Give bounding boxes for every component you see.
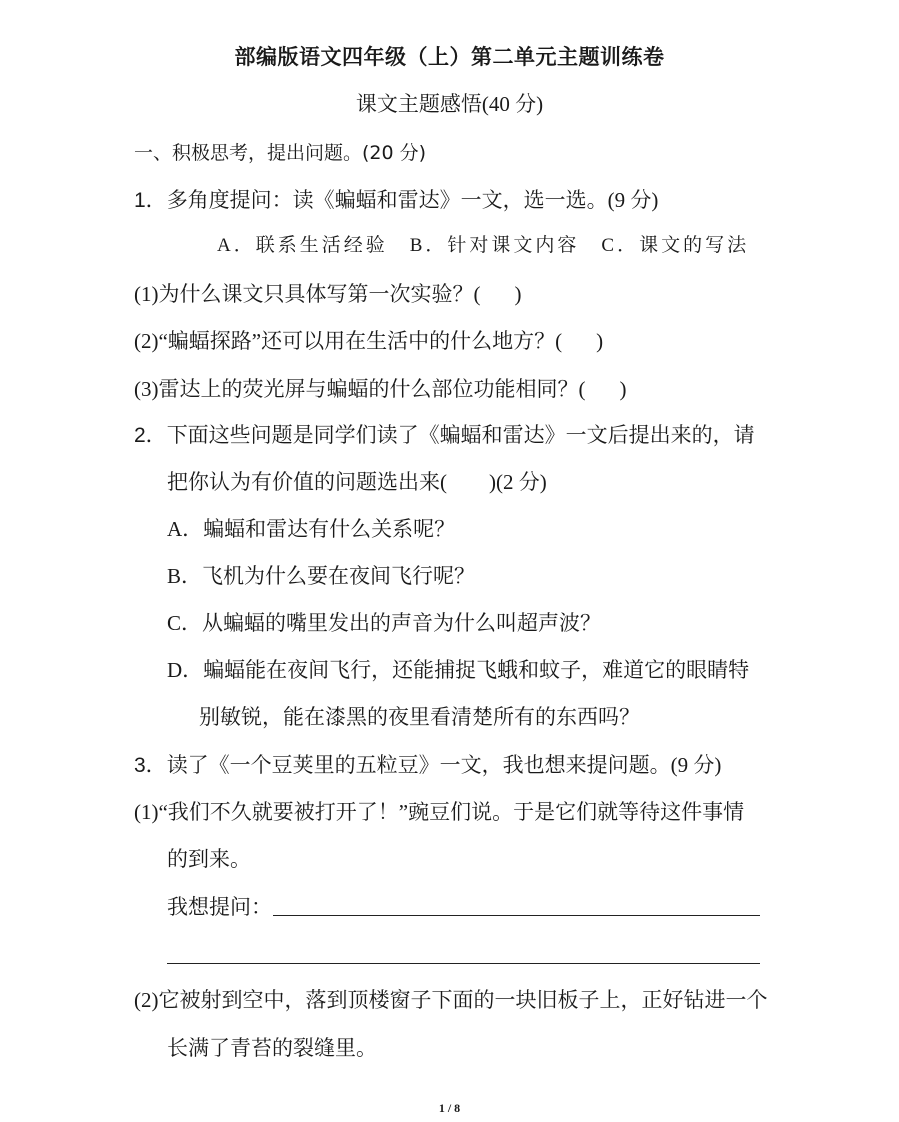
- choice-d: D．蝙蝠能在夜间飞行，还能捕捉飞蛾和蚊子，难道它的眼睛特: [167, 655, 749, 685]
- choice-a: A．蝙蝠和雷达有什么关系呢？: [167, 514, 455, 544]
- question-1-item-1: (1)为什么课文只具体写第一次实验？(): [134, 279, 521, 309]
- question-3-item-1-cont: 的到来。: [167, 844, 251, 874]
- page-title: 部编版语文四年级（上）第二单元主题训练卷: [0, 42, 899, 72]
- answer-line-2[interactable]: [167, 963, 760, 964]
- section-heading: 一、积极思考，提出问题。(20 分): [134, 138, 426, 168]
- page-subtitle: 课文主题感悟(40 分): [0, 89, 899, 119]
- question-2-stem-cont: 把你认为有价值的问题选出来()(2 分): [167, 467, 547, 497]
- ask-label: 我想提问：: [167, 892, 272, 922]
- question-number: 1．: [134, 189, 167, 212]
- question-number: 2．: [134, 424, 167, 447]
- question-3-item-2: (2)它被射到空中，落到顶楼窗子下面的一块旧板子上，正好钻进一个: [134, 985, 767, 1015]
- answer-line-1[interactable]: [273, 915, 760, 916]
- page-number: 1 / 8: [0, 1101, 899, 1115]
- choice-c: C．从蝙蝠的嘴里发出的声音为什么叫超声波？: [167, 608, 601, 638]
- question-text: 多角度提问：读《蝙蝠和雷达》一文，选一选。(9 分): [167, 188, 659, 212]
- question-3-item-1: (1)“我们不久就要被打开了！”豌豆们说。于是它们就等待这件事情: [134, 797, 744, 827]
- question-1-stem: 1．多角度提问：读《蝙蝠和雷达》一文，选一选。(9 分): [134, 185, 658, 216]
- choice-b: B．飞机为什么要在夜间飞行呢？: [167, 561, 475, 591]
- question-1-item-2: (2)“蝙蝠探路”还可以用在生活中的什么地方？(): [134, 326, 603, 356]
- question-3-stem: 3．读了《一个豆荚里的五粒豆》一文，我也想来提问题。(9 分): [134, 750, 721, 781]
- question-3-item-2-cont: 长满了青苔的裂缝里。: [167, 1033, 377, 1063]
- question-number: 3．: [134, 754, 167, 777]
- question-2-stem: 2．下面这些问题是同学们读了《蝙蝠和雷达》一文后提出来的，请: [134, 420, 755, 451]
- question-1-item-3: (3)雷达上的荧光屏与蝙蝠的什么部位功能相同？(): [134, 374, 626, 404]
- choice-d-cont: 别敏锐，能在漆黑的夜里看清楚所有的东西吗？: [199, 702, 640, 732]
- question-1-options: A．联系生活经验 B．针对课文内容 C．课文的写法: [217, 231, 749, 261]
